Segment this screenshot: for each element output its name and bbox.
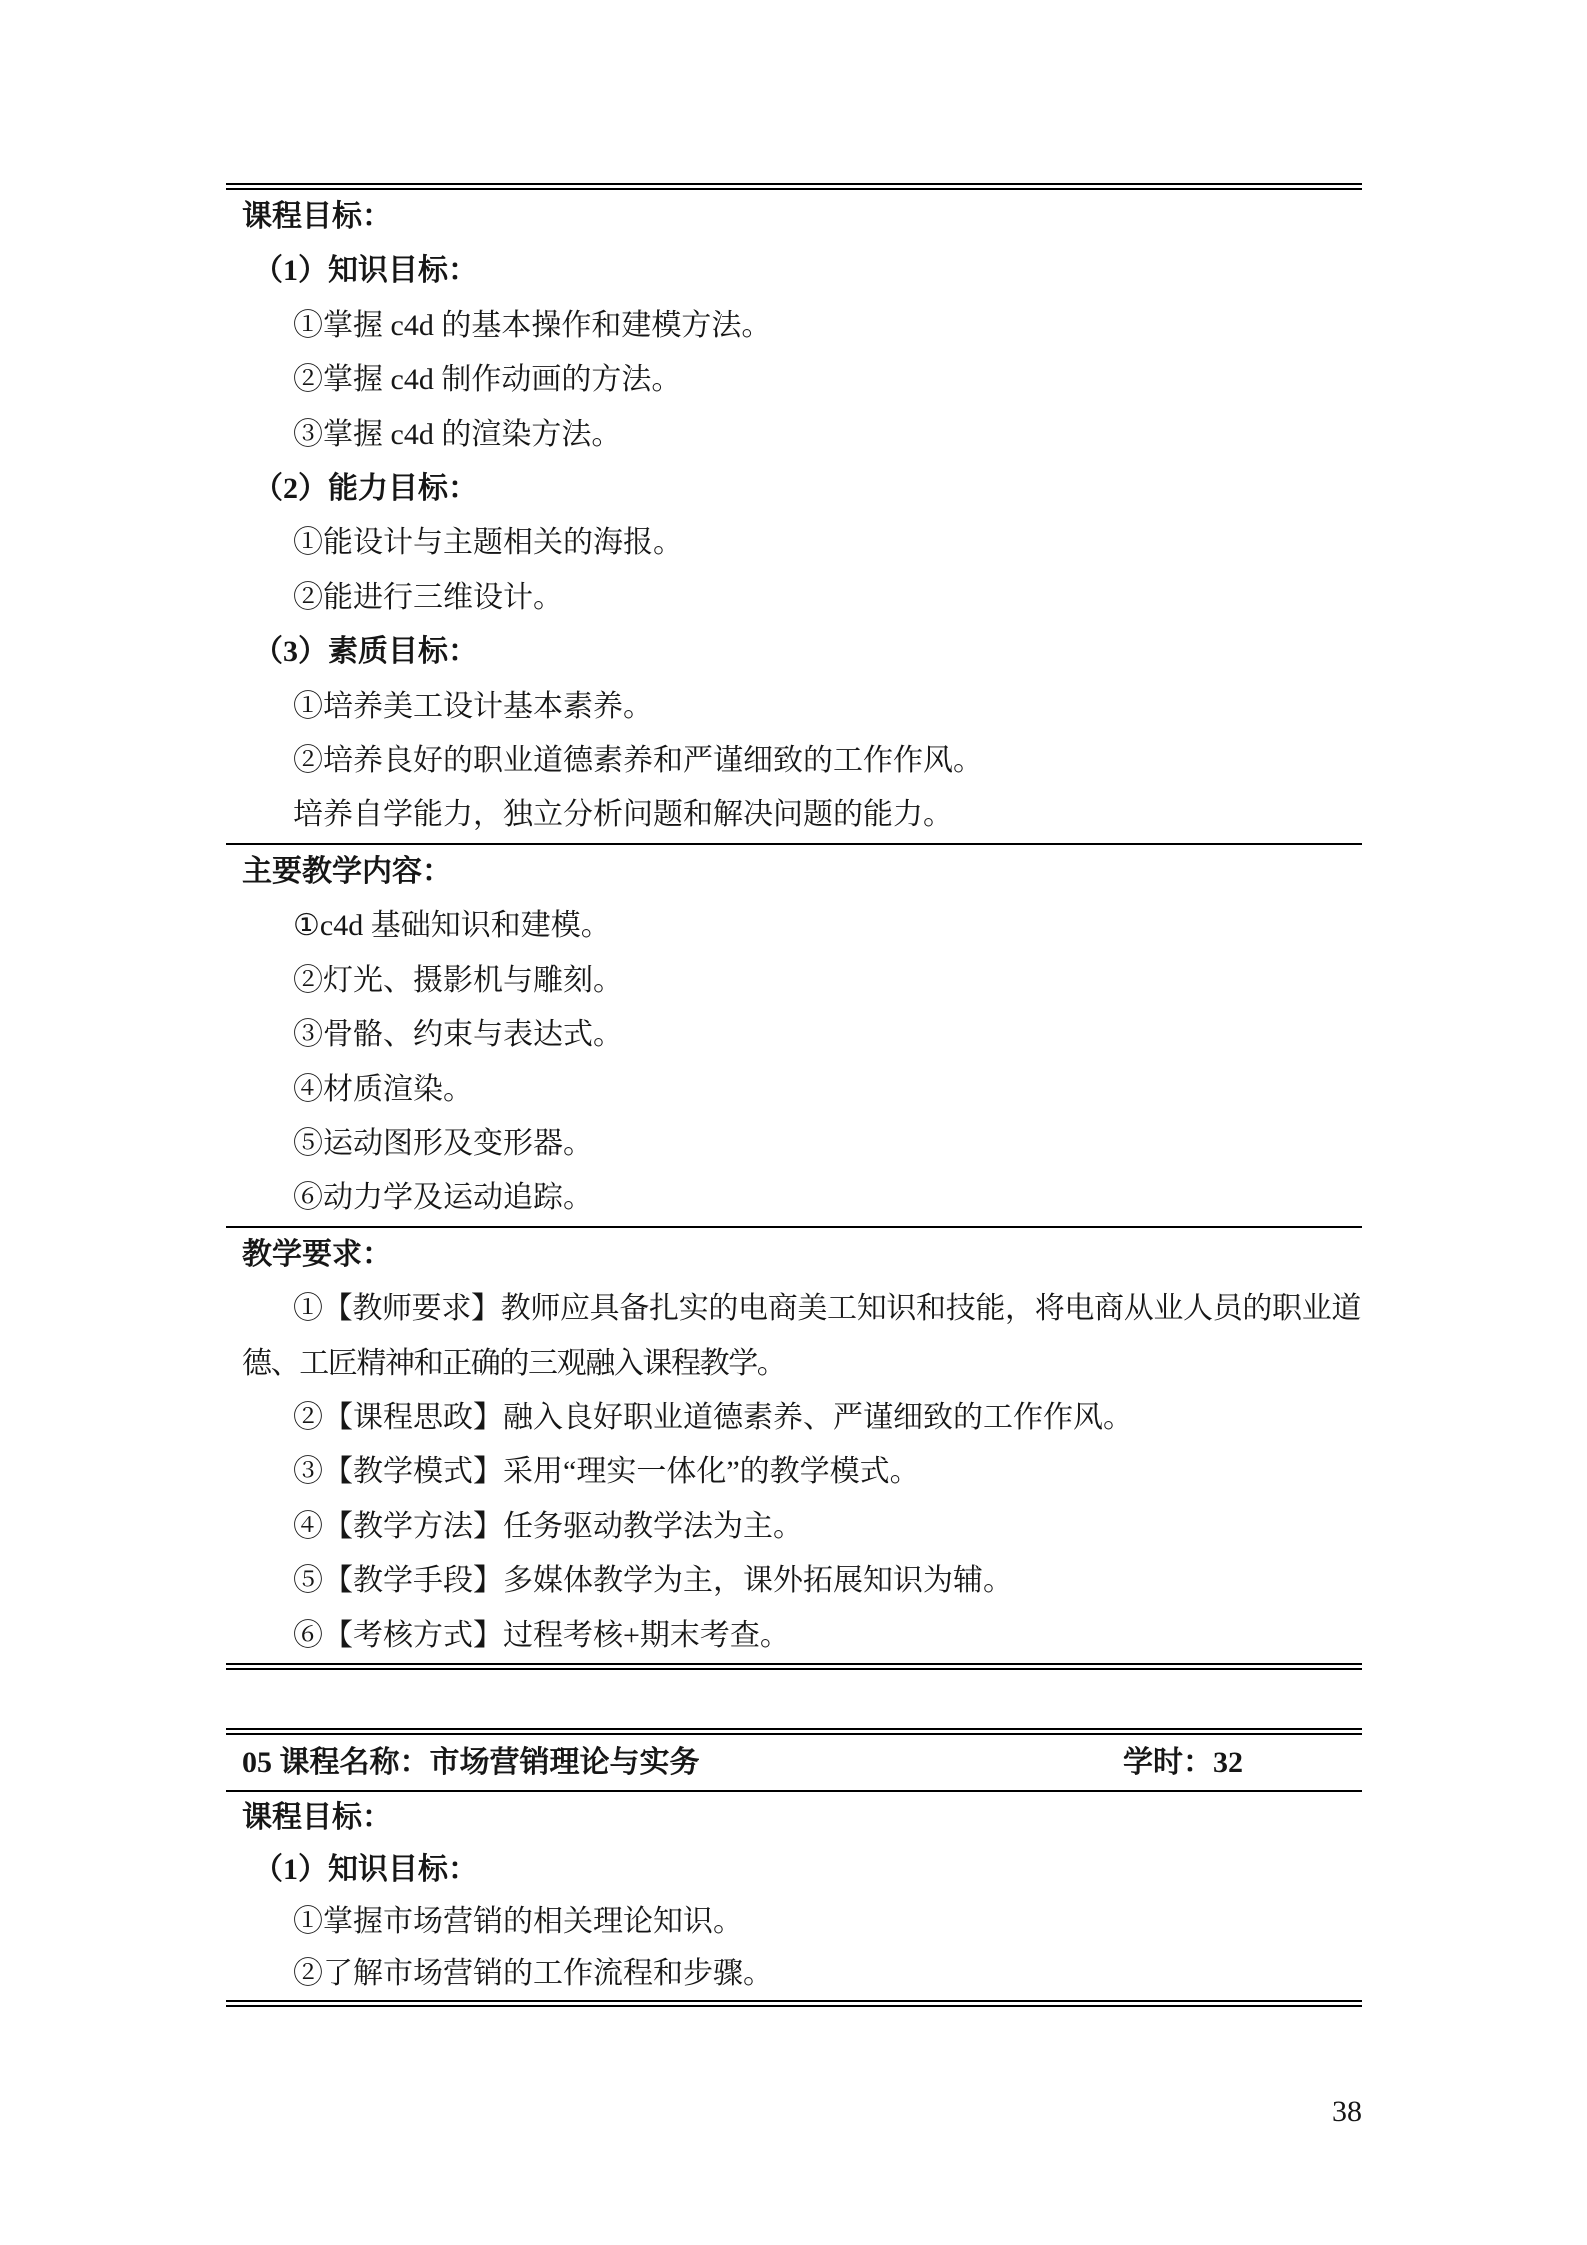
objective-item: ③掌握 c4d 的渲染方法。	[226, 408, 1362, 462]
teaching-content-item: ⑥动力学及运动追踪。	[226, 1171, 1362, 1225]
teaching-content-item: ⑤运动图形及变形器。	[226, 1117, 1362, 1171]
table-bottom-double-border	[226, 1663, 1362, 1670]
page: { "table1": { "objectives": { "title": "…	[0, 0, 1587, 2245]
objective-item: ①培养美工设计基本素养。	[226, 680, 1362, 734]
teaching-requirements-title: 教学要求：	[226, 1228, 1362, 1282]
objectives-title: 课程目标：	[226, 1792, 1362, 1844]
table-top-double-border	[226, 1728, 1362, 1735]
course-hours-label: 学时：32	[1123, 1735, 1243, 1790]
objective-group-heading: （2）能力目标：	[226, 462, 1362, 516]
teaching-requirement-item: ⑥【考核方式】过程考核+期末考查。	[226, 1609, 1362, 1663]
objective-item: ②能进行三维设计。	[226, 571, 1362, 625]
table-top-double-border	[226, 183, 1362, 190]
teaching-content-title: 主要教学内容：	[226, 845, 1362, 899]
teaching-requirement-item: ⑤【教学手段】多媒体教学为主，课外拓展知识为辅。	[226, 1554, 1362, 1608]
course-table-marketing: 05 课程名称：市场营销理论与实务 学时：32 课程目标： （1）知识目标： ①…	[226, 1728, 1362, 2007]
objective-group-heading: （1）知识目标：	[226, 244, 1362, 298]
teaching-requirement-item: ②【课程思政】融入良好职业道德素养、严谨细致的工作作风。	[226, 1391, 1362, 1445]
section-course-objectives: 课程目标： （1）知识目标： ①掌握 c4d 的基本操作和建模方法。 ②掌握 c…	[226, 190, 1362, 843]
course-name-label: 05 课程名称：市场营销理论与实务	[242, 1735, 700, 1790]
objective-item: ①掌握 c4d 的基本操作和建模方法。	[226, 299, 1362, 353]
objective-item: ②了解市场营销的工作流程和步骤。	[226, 1948, 1362, 2000]
teaching-content-item: ④材质渲染。	[226, 1063, 1362, 1117]
course-table-c4d: 课程目标： （1）知识目标： ①掌握 c4d 的基本操作和建模方法。 ②掌握 c…	[226, 183, 1362, 1670]
teaching-content-item: ③骨骼、约束与表达式。	[226, 1008, 1362, 1062]
objective-item: ①掌握市场营销的相关理论知识。	[226, 1896, 1362, 1948]
teaching-content-item: ②灯光、摄影机与雕刻。	[226, 954, 1362, 1008]
course-header-row: 05 课程名称：市场营销理论与实务 学时：32	[226, 1735, 1362, 1790]
table-bottom-double-border	[226, 2000, 1362, 2007]
objective-item: ①能设计与主题相关的海报。	[226, 516, 1362, 570]
objective-group-heading: （3）素质目标：	[226, 625, 1362, 679]
section-course-objectives: 课程目标： （1）知识目标： ①掌握市场营销的相关理论知识。 ②了解市场营销的工…	[226, 1792, 1362, 2000]
teaching-requirement-item: ③【教学模式】采用“理实一体化”的教学模式。	[226, 1445, 1362, 1499]
section-teaching-content: 主要教学内容： ①c4d 基础知识和建模。 ②灯光、摄影机与雕刻。 ③骨骼、约束…	[226, 845, 1362, 1226]
teaching-requirement-item: ④【教学方法】任务驱动教学法为主。	[226, 1500, 1362, 1554]
objective-item: 培养自学能力，独立分析问题和解决问题的能力。	[226, 788, 1362, 842]
page-number: 38	[0, 2094, 1362, 2130]
objective-group-heading: （1）知识目标：	[226, 1844, 1362, 1896]
objectives-title: 课程目标：	[226, 190, 1362, 244]
teaching-content-item: ①c4d 基础知识和建模。	[226, 899, 1362, 953]
section-teaching-requirements: 教学要求： ①【教师要求】教师应具备扎实的电商美工知识和技能，将电商从业人员的职…	[226, 1228, 1362, 1663]
teaching-requirement-item: ①【教师要求】教师应具备扎实的电商美工知识和技能，将电商从业人员的职业道德、工匠…	[226, 1282, 1362, 1391]
objective-item: ②培养良好的职业道德素养和严谨细致的工作作风。	[226, 734, 1362, 788]
objective-item: ②掌握 c4d 制作动画的方法。	[226, 353, 1362, 407]
